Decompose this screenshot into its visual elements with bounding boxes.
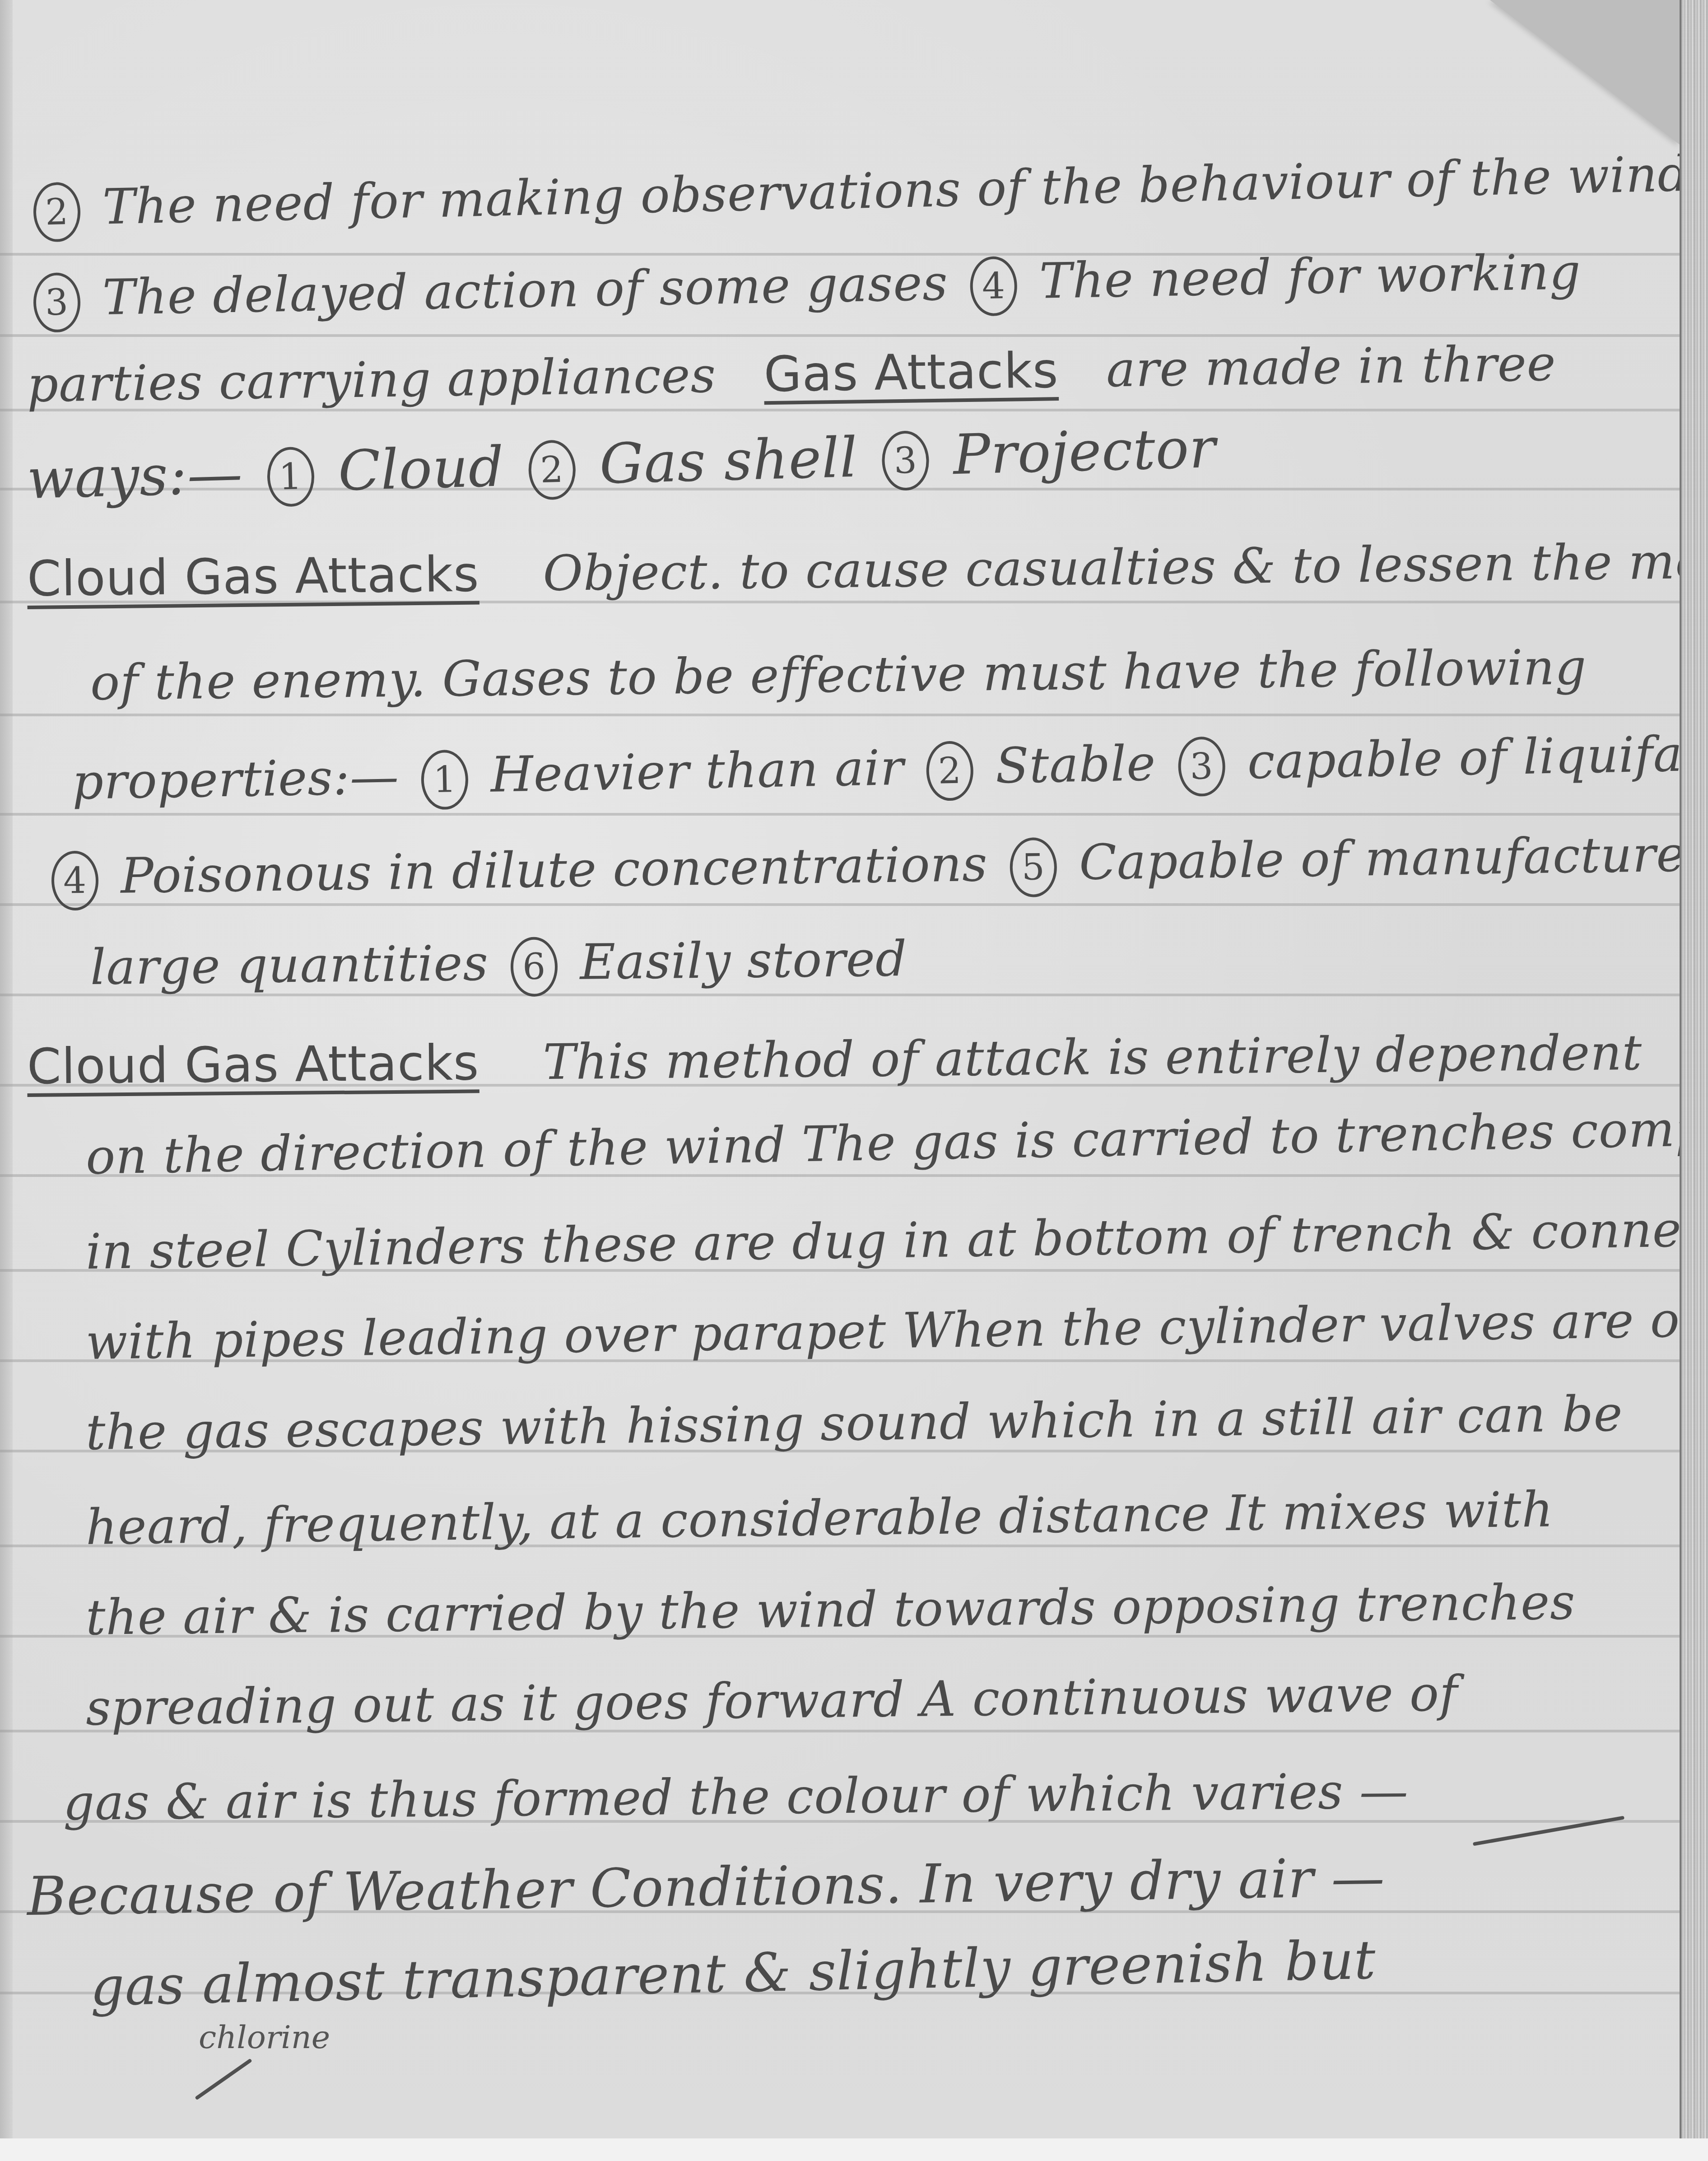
text-line: 3 The delayed action of some gases 4 The… [27,244,1582,333]
line-text: gas almost transparent & slightly greeni… [90,1928,1377,2018]
text-line: parties carrying appliances Gas Attacks … [27,336,1556,413]
item-number: 1 [266,447,315,508]
item-number: 5 [1010,837,1057,897]
item-number: 2 [33,182,81,242]
text-line: gas & air is thus formed the colour of w… [63,1763,1409,1831]
line-text: on the direction of the wind The gas is … [85,1098,1680,1186]
line-text: properties:— [72,748,400,811]
line-text: The need for making observations of the … [102,146,1680,236]
ruled-line [0,714,1680,716]
text-line: in steel Cylinders these are dug in at b… [85,1200,1680,1280]
item-number: 3 [33,272,81,333]
scan-bottom-edge [0,2138,1708,2161]
text-line: Because of Weather Conditions. In very d… [27,1846,1385,1928]
line-text: Gas shell [599,425,859,496]
folded-corner [1490,0,1680,145]
line-text: ways:— [26,442,243,511]
item-number: 3 [1177,736,1225,797]
item-number: 3 [881,430,930,491]
line-text: The delayed action of some gases [102,255,949,326]
line-text: This method of attack is entirely depend… [543,1025,1643,1091]
line-text: Stable [995,735,1157,794]
line-text: Projector [952,416,1217,487]
line-text: large quantities [90,935,489,996]
ruled-line [0,334,1680,337]
line-text: Object. to cause casualties & to lessen … [543,532,1680,602]
line-text: in steel Cylinders these are dug in at b… [85,1200,1680,1280]
notebook-page: 2 The need for making observations of th… [0,0,1680,2161]
line-text: parties carrying appliances [27,347,717,413]
page-left-edge [0,0,13,2161]
text-line: on the direction of the wind The gas is … [85,1098,1680,1186]
text-line: Cloud Gas Attacks Object. to cause casua… [27,532,1680,607]
line-text: Capable of manufacture in [1079,825,1680,891]
line-text: of the enemy. Gases to be effective must… [90,639,1587,711]
text-line: large quantities 6 Easily stored [90,931,907,1001]
ruled-line [0,813,1680,816]
item-number: 1 [421,749,469,810]
line-text: capable of liquifac [1247,726,1680,790]
text-line: ways:— 1 Cloud 2 Gas shell 3 Projector [26,416,1217,513]
line-text: spreading out as it goes forward A conti… [85,1666,1458,1736]
line-text: are made in three [1106,336,1556,398]
line-text: The need for working [1039,244,1581,310]
section-heading: Cloud Gas Attacks [27,1035,479,1095]
text-line: of the enemy. Gases to be effective must… [90,639,1587,711]
text-line: 2 The need for making observations of th… [27,146,1680,243]
line-text: Poisonous in dilute concentrations [120,836,988,905]
line-text: Easily stored [580,931,908,991]
text-line: with pipes leading over parapet When the… [85,1291,1680,1371]
line-text: Cloud [337,434,505,503]
item-number: 2 [926,741,973,801]
item-number: 4 [970,256,1018,316]
text-line: spreading out as it goes forward A conti… [85,1666,1458,1736]
line-text: with pipes leading over parapet When the… [85,1291,1680,1371]
item-number: 6 [510,937,558,997]
annotation-underline [195,2058,252,2100]
section-heading: Cloud Gas Attacks [27,546,479,607]
line-text: Heavier than air [490,740,904,803]
section-heading: Gas Attacks [763,342,1059,403]
item-number: 4 [51,850,99,910]
line-text: Because of Weather Conditions. In very d… [27,1846,1385,1928]
text-line: 4 Poisonous in dilute concentrations 5 C… [45,825,1680,910]
line-text: gas & air is thus formed the colour of w… [63,1763,1409,1831]
scan-edge-strip [1680,0,1708,2161]
text-line: gas almost transparent & slightly greeni… [90,1928,1377,2018]
item-number: 2 [528,440,576,501]
margin-annotation: chlorine [199,2019,330,2056]
text-line: properties:— 1 Heavier than air 2 Stable… [72,726,1680,816]
